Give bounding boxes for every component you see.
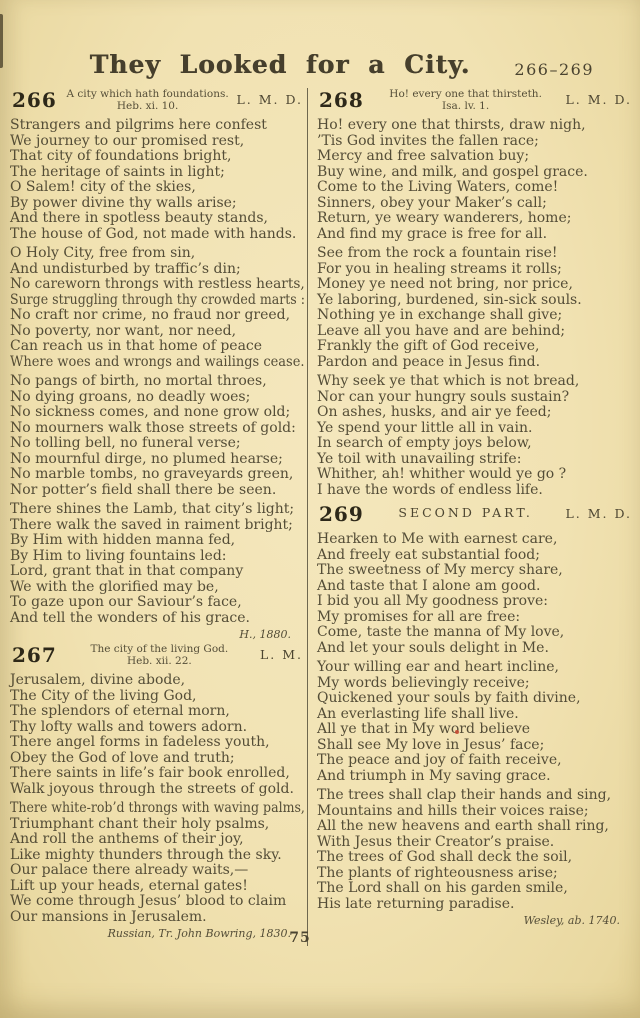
verse-line: Quickened your souls by faith divine, (317, 691, 634, 707)
verse-line: By power divine thy walls arise; (10, 196, 305, 212)
hymn-caption-line1: Ho! every one that thirsteth. (370, 89, 562, 101)
verse-line: By Him to living fountains led: (10, 549, 305, 565)
verse-line: That city of foundations bright, (10, 149, 305, 165)
verse-line: O Salem! city of the skies, (10, 180, 305, 196)
verse-line: Ye spend your little all in vain. (317, 421, 634, 437)
verse-line: Strangers and pilgrims here confest (10, 118, 305, 134)
verse-line: Mercy and free salvation buy; (317, 149, 634, 165)
verse-line: Leave all you have and are behind; (317, 324, 634, 340)
hymn-269: 269SECOND PART.L. M. D.Hearken to Me wit… (317, 502, 634, 927)
verse-line: Shall see My love in Jesus’ face; (317, 738, 634, 754)
verse-line: I bid you all My goodness prove: (317, 594, 634, 610)
hymn-meter: L. M. D. (232, 88, 305, 107)
verse-line: No mournful dirge, no plumed hearse; (10, 452, 305, 468)
verse-line: There white-rob’d throngs with waving pa… (10, 801, 275, 817)
verse-line: There saints in life’s fair book enrolle… (10, 766, 305, 782)
verse-line: Thy lofty walls and towers adorn. (10, 720, 305, 736)
verse-line: Frankly the gift of God receive, (317, 339, 634, 355)
verse-line: Walk joyous through the streets of gold. (10, 782, 305, 798)
verse-line: No careworn throngs with restless hearts… (10, 277, 299, 293)
verse-line: Can reach us in that home of peace (10, 339, 305, 355)
hymn-caption-line1: A city which hath foundations. (63, 89, 233, 101)
verse-line: Come to the Living Waters, come! (317, 180, 634, 196)
verse-line: Triumphant chant their holy psalms, (10, 817, 305, 833)
page-number: 75 (0, 930, 600, 946)
verse-line: Nor potter’s field shall there be seen. (10, 483, 305, 499)
verse-line: An everlasting life shall live. (317, 707, 634, 723)
verse-line: No craft nor crime, no fraud nor greed, (10, 308, 305, 324)
stanza-3: Why seek ye that which is not bread,Nor … (317, 374, 634, 498)
left-column: 266A city which hath foundations.Heb. xi… (10, 88, 305, 942)
verse-line: No dying groans, no deadly woes; (10, 390, 305, 406)
verse-line: The splendors of eternal morn, (10, 704, 305, 720)
hymn-attribution: Wesley, ab. 1740. (317, 915, 634, 927)
verse-line: My words believingly receive; (317, 676, 634, 692)
stanza-1: Hearken to Me with earnest care,And free… (317, 532, 634, 656)
verse-line: See from the rock a fountain rise! (317, 246, 634, 262)
verse-line: The City of the living God, (10, 689, 305, 705)
verse-line: No pangs of birth, no mortal throes, (10, 374, 305, 390)
verse-line: The heritage of saints in light; (10, 165, 305, 181)
verse-line: And freely eat substantial food; (317, 548, 634, 564)
verse-line: Your willing ear and heart incline, (317, 660, 634, 676)
verse-line: On ashes, husks, and air ye feed; (317, 405, 634, 421)
verse-line: We journey to our promised rest, (10, 134, 305, 150)
verse-line: And there in spotless beauty stands, (10, 211, 305, 227)
hymn-header: 268Ho! every one that thirsteth.Isa. lv.… (317, 88, 634, 115)
hymn-attribution: H., 1880. (10, 629, 305, 641)
hymn-caption-line1: The city of the living God. (63, 644, 256, 656)
verse-line: We with the glorified may be, (10, 580, 305, 596)
stanza-2: Your willing ear and heart incline,My wo… (317, 660, 634, 784)
hymn-meter: L. M. D. (561, 502, 634, 521)
hymn-meter: L. M. (256, 643, 305, 662)
verse-line: Come, taste the manna of My love, (317, 625, 634, 641)
verse-line: No poverty, nor want, nor need, (10, 324, 305, 340)
page-range: 266–269 (514, 60, 594, 79)
verse-line: All the new heavens and earth shall ring… (317, 819, 634, 835)
stanza-2: See from the rock a fountain rise!For yo… (317, 246, 634, 370)
verse-line: By Him with hidden manna fed, (10, 533, 305, 549)
page-title: They Looked for a City. (0, 50, 560, 79)
verse-line: O Holy City, free from sin, (10, 246, 305, 262)
verse-line: The house of God, not made with hands. (10, 227, 305, 243)
verse-line: The plants of righteousness arise; (317, 866, 634, 882)
verse-line: Our palace there already waits,— (10, 863, 305, 879)
verse-line: Mountains and hills their voices raise; (317, 804, 634, 820)
stanza-1: Jerusalem, divine abode,The City of the … (10, 673, 305, 797)
hymn-caption: Ho! every one that thirsteth.Isa. lv. 1. (370, 88, 562, 112)
stanza-4: There shines the Lamb, that city’s light… (10, 502, 305, 626)
hymn-caption-line1: SECOND PART. (370, 507, 562, 519)
hymn-caption-reference: Heb. xi. 10. (63, 101, 233, 113)
red-speck-artifact (455, 730, 459, 734)
verse-line: Obey the God of love and truth; (10, 751, 305, 767)
verse-line: Whither, ah! whither would ye go ? (317, 467, 634, 483)
hymn-number: 268 (317, 88, 370, 111)
verse-line: Where woes and wrongs and wailings cease… (10, 355, 284, 371)
hymn-number: 266 (10, 88, 63, 111)
verse-line: Our mansions in Jerusalem. (10, 910, 305, 926)
hymn-caption: The city of the living God.Heb. xii. 22. (63, 643, 256, 667)
verse-line: And triumph in My saving grace. (317, 769, 634, 785)
verse-line: There walk the saved in raiment bright; (10, 518, 305, 534)
verse-line: I have the words of endless life. (317, 483, 634, 499)
verse-line: Jerusalem, divine abode, (10, 673, 305, 689)
verse-line: The trees shall clap their hands and sin… (317, 788, 634, 804)
verse-line: Buy wine, and milk, and gospel grace. (317, 165, 634, 181)
hymn-meter: L. M. D. (561, 88, 634, 107)
verse-line: Ho! every one that thirsts, draw nigh, (317, 118, 634, 134)
column-divider-rule (307, 88, 308, 946)
hymn-caption: SECOND PART. (370, 502, 562, 519)
right-column: 268Ho! every one that thirsteth.Isa. lv.… (317, 88, 634, 929)
verse-line: The peace and joy of faith receive, (317, 753, 634, 769)
verse-line: Nothing ye in exchange shall give; (317, 308, 634, 324)
verse-line: To gaze upon our Saviour’s face, (10, 595, 305, 611)
verse-line: And undisturbed by traffic’s din; (10, 262, 305, 278)
stanza-3: No pangs of birth, no mortal throes,No d… (10, 374, 305, 498)
verse-line: And let your souls delight in Me. (317, 641, 634, 657)
verse-line: And taste that I alone am good. (317, 579, 634, 595)
hymn-267: 267The city of the living God.Heb. xii. … (10, 643, 305, 940)
stanza-2: There white-rob’d throngs with waving pa… (10, 801, 305, 925)
stanza-3: The trees shall clap their hands and sin… (317, 788, 634, 912)
verse-line: Hearken to Me with earnest care, (317, 532, 634, 548)
verse-line: No sickness comes, and none grow old; (10, 405, 305, 421)
stanza-1: Ho! every one that thirsts, draw nigh,’T… (317, 118, 634, 242)
verse-line: The sweetness of My mercy share, (317, 563, 634, 579)
verse-line: Ye toil with unavailing strife: (317, 452, 634, 468)
verse-line: Like mighty thunders through the sky. (10, 848, 305, 864)
verse-line: We come through Jesus’ blood to claim (10, 894, 305, 910)
hymn-header: 266A city which hath foundations.Heb. xi… (10, 88, 305, 115)
verse-line: All ye that in My word believe (317, 722, 634, 738)
hymn-caption-reference: Heb. xii. 22. (63, 656, 256, 668)
verse-line: Lord, grant that in that company (10, 564, 305, 580)
verse-line: No mourners walk those streets of gold: (10, 421, 305, 437)
stanza-1: Strangers and pilgrims here confestWe jo… (10, 118, 305, 242)
verse-line: Why seek ye that which is not bread, (317, 374, 634, 390)
verse-line: Lift up your heads, eternal gates! (10, 879, 305, 895)
verse-line: Money ye need not bring, nor price, (317, 277, 634, 293)
stanza-2: O Holy City, free from sin,And undisturb… (10, 246, 305, 370)
verse-line: For you in healing streams it rolls; (317, 262, 634, 278)
hymnal-page: They Looked for a City. 266–269 266A cit… (0, 0, 640, 1018)
verse-line: My promises for all are free: (317, 610, 634, 626)
verse-line: There angel forms in fadeless youth, (10, 735, 305, 751)
hymn-268: 268Ho! every one that thirsteth.Isa. lv.… (317, 88, 634, 498)
hymn-number: 269 (317, 502, 370, 525)
verse-line: And tell the wonders of his grace. (10, 611, 305, 627)
verse-line: Ye laboring, burdened, sin-sick souls. (317, 293, 634, 309)
hymn-caption: A city which hath foundations.Heb. xi. 1… (63, 88, 233, 112)
verse-line: ’Tis God invites the fallen race; (317, 134, 634, 150)
verse-line: Return, ye weary wanderers, home; (317, 211, 634, 227)
verse-line: And roll the anthems of their joy, (10, 832, 305, 848)
verse-line: Pardon and peace in Jesus find. (317, 355, 634, 371)
verse-line: There shines the Lamb, that city’s light… (10, 502, 305, 518)
hymn-header: 269SECOND PART.L. M. D. (317, 502, 634, 529)
verse-line: His late returning paradise. (317, 897, 634, 913)
hymn-266: 266A city which hath foundations.Heb. xi… (10, 88, 305, 641)
scan-edge-mark (0, 14, 3, 68)
verse-line: Nor can your hungry souls sustain? (317, 390, 634, 406)
verse-line: The trees of God shall deck the soil, (317, 850, 634, 866)
verse-line: No marble tombs, no graveyards green, (10, 467, 305, 483)
verse-line: The Lord shall on his garden smile, (317, 881, 634, 897)
hymn-number: 267 (10, 643, 63, 666)
hymn-header: 267The city of the living God.Heb. xii. … (10, 643, 305, 670)
verse-line: No tolling bell, no funeral verse; (10, 436, 305, 452)
hymn-caption-reference: Isa. lv. 1. (370, 101, 562, 113)
verse-line: In search of empty joys below, (317, 436, 634, 452)
verse-line: And find my grace is free for all. (317, 227, 634, 243)
verse-line: Surge struggling through thy crowded mar… (10, 293, 275, 309)
verse-line: Sinners, obey your Maker’s call; (317, 196, 634, 212)
verse-line: With Jesus their Creator’s praise. (317, 835, 634, 851)
